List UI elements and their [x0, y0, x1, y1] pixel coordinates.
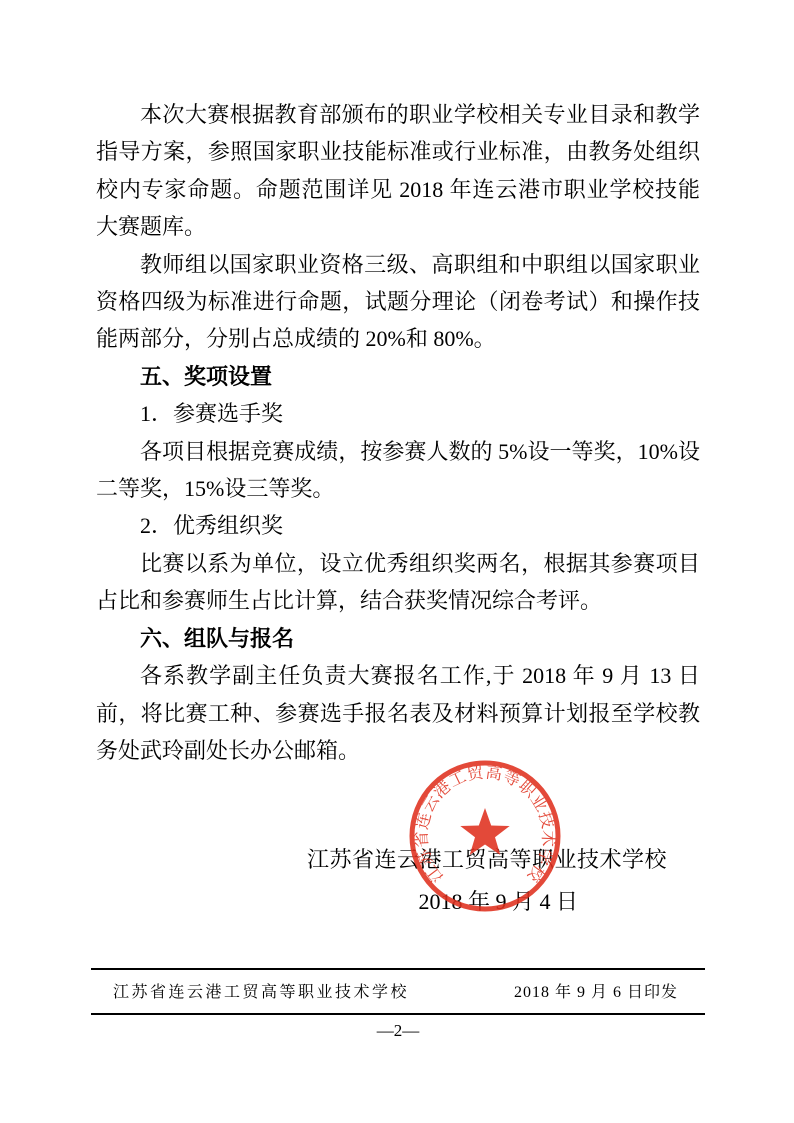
document-page: 本次大赛根据教育部颁布的职业学校相关专业目录和教学指导方案，参照国家职业技能标准… [0, 0, 794, 1123]
page-number: —2— [96, 1020, 700, 1042]
body-paragraph: 1．参赛选手奖 [96, 395, 700, 432]
signature-organization: 江苏省连云港工贸高等职业技术学校 [96, 846, 700, 874]
body-paragraph: 比赛以系为单位，设立优秀组织奖两名，根据其参赛项目占比和参赛师生占比计算，结合获… [96, 545, 700, 620]
body-paragraph: 各项目根据竞赛成绩，按参赛人数的 5%设一等奖，10%设二等奖，15%设三等奖。 [96, 433, 700, 508]
footer-rule-top [91, 968, 705, 970]
footer-issuer: 江苏省连云港工贸高等职业技术学校 [91, 980, 409, 1006]
signature-date: 2018 年 9 月 4 日 [96, 888, 700, 916]
footer-print-date: 2018 年 9 月 6 日印发 [514, 980, 705, 1006]
document-body: 本次大赛根据教育部颁布的职业学校相关专业目录和教学指导方案，参照国家职业技能标准… [96, 96, 700, 769]
section-heading-awards: 五、奖项设置 [96, 358, 700, 395]
section-heading-registration: 六、组队与报名 [96, 620, 700, 657]
footer-rule-bottom [91, 1013, 705, 1015]
footer-colophon: 江苏省连云港工贸高等职业技术学校 2018 年 9 月 6 日印发 [91, 980, 705, 1006]
body-paragraph: 2．优秀组织奖 [96, 507, 700, 544]
body-paragraph: 本次大赛根据教育部颁布的职业学校相关专业目录和教学指导方案，参照国家职业技能标准… [96, 96, 700, 246]
body-paragraph: 教师组以国家职业资格三级、高职组和中职组以国家职业资格四级为标准进行命题，试题分… [96, 246, 700, 358]
body-paragraph: 各系教学副主任负责大赛报名工作,于 2018 年 9 月 13 日前，将比赛工种… [96, 657, 700, 769]
